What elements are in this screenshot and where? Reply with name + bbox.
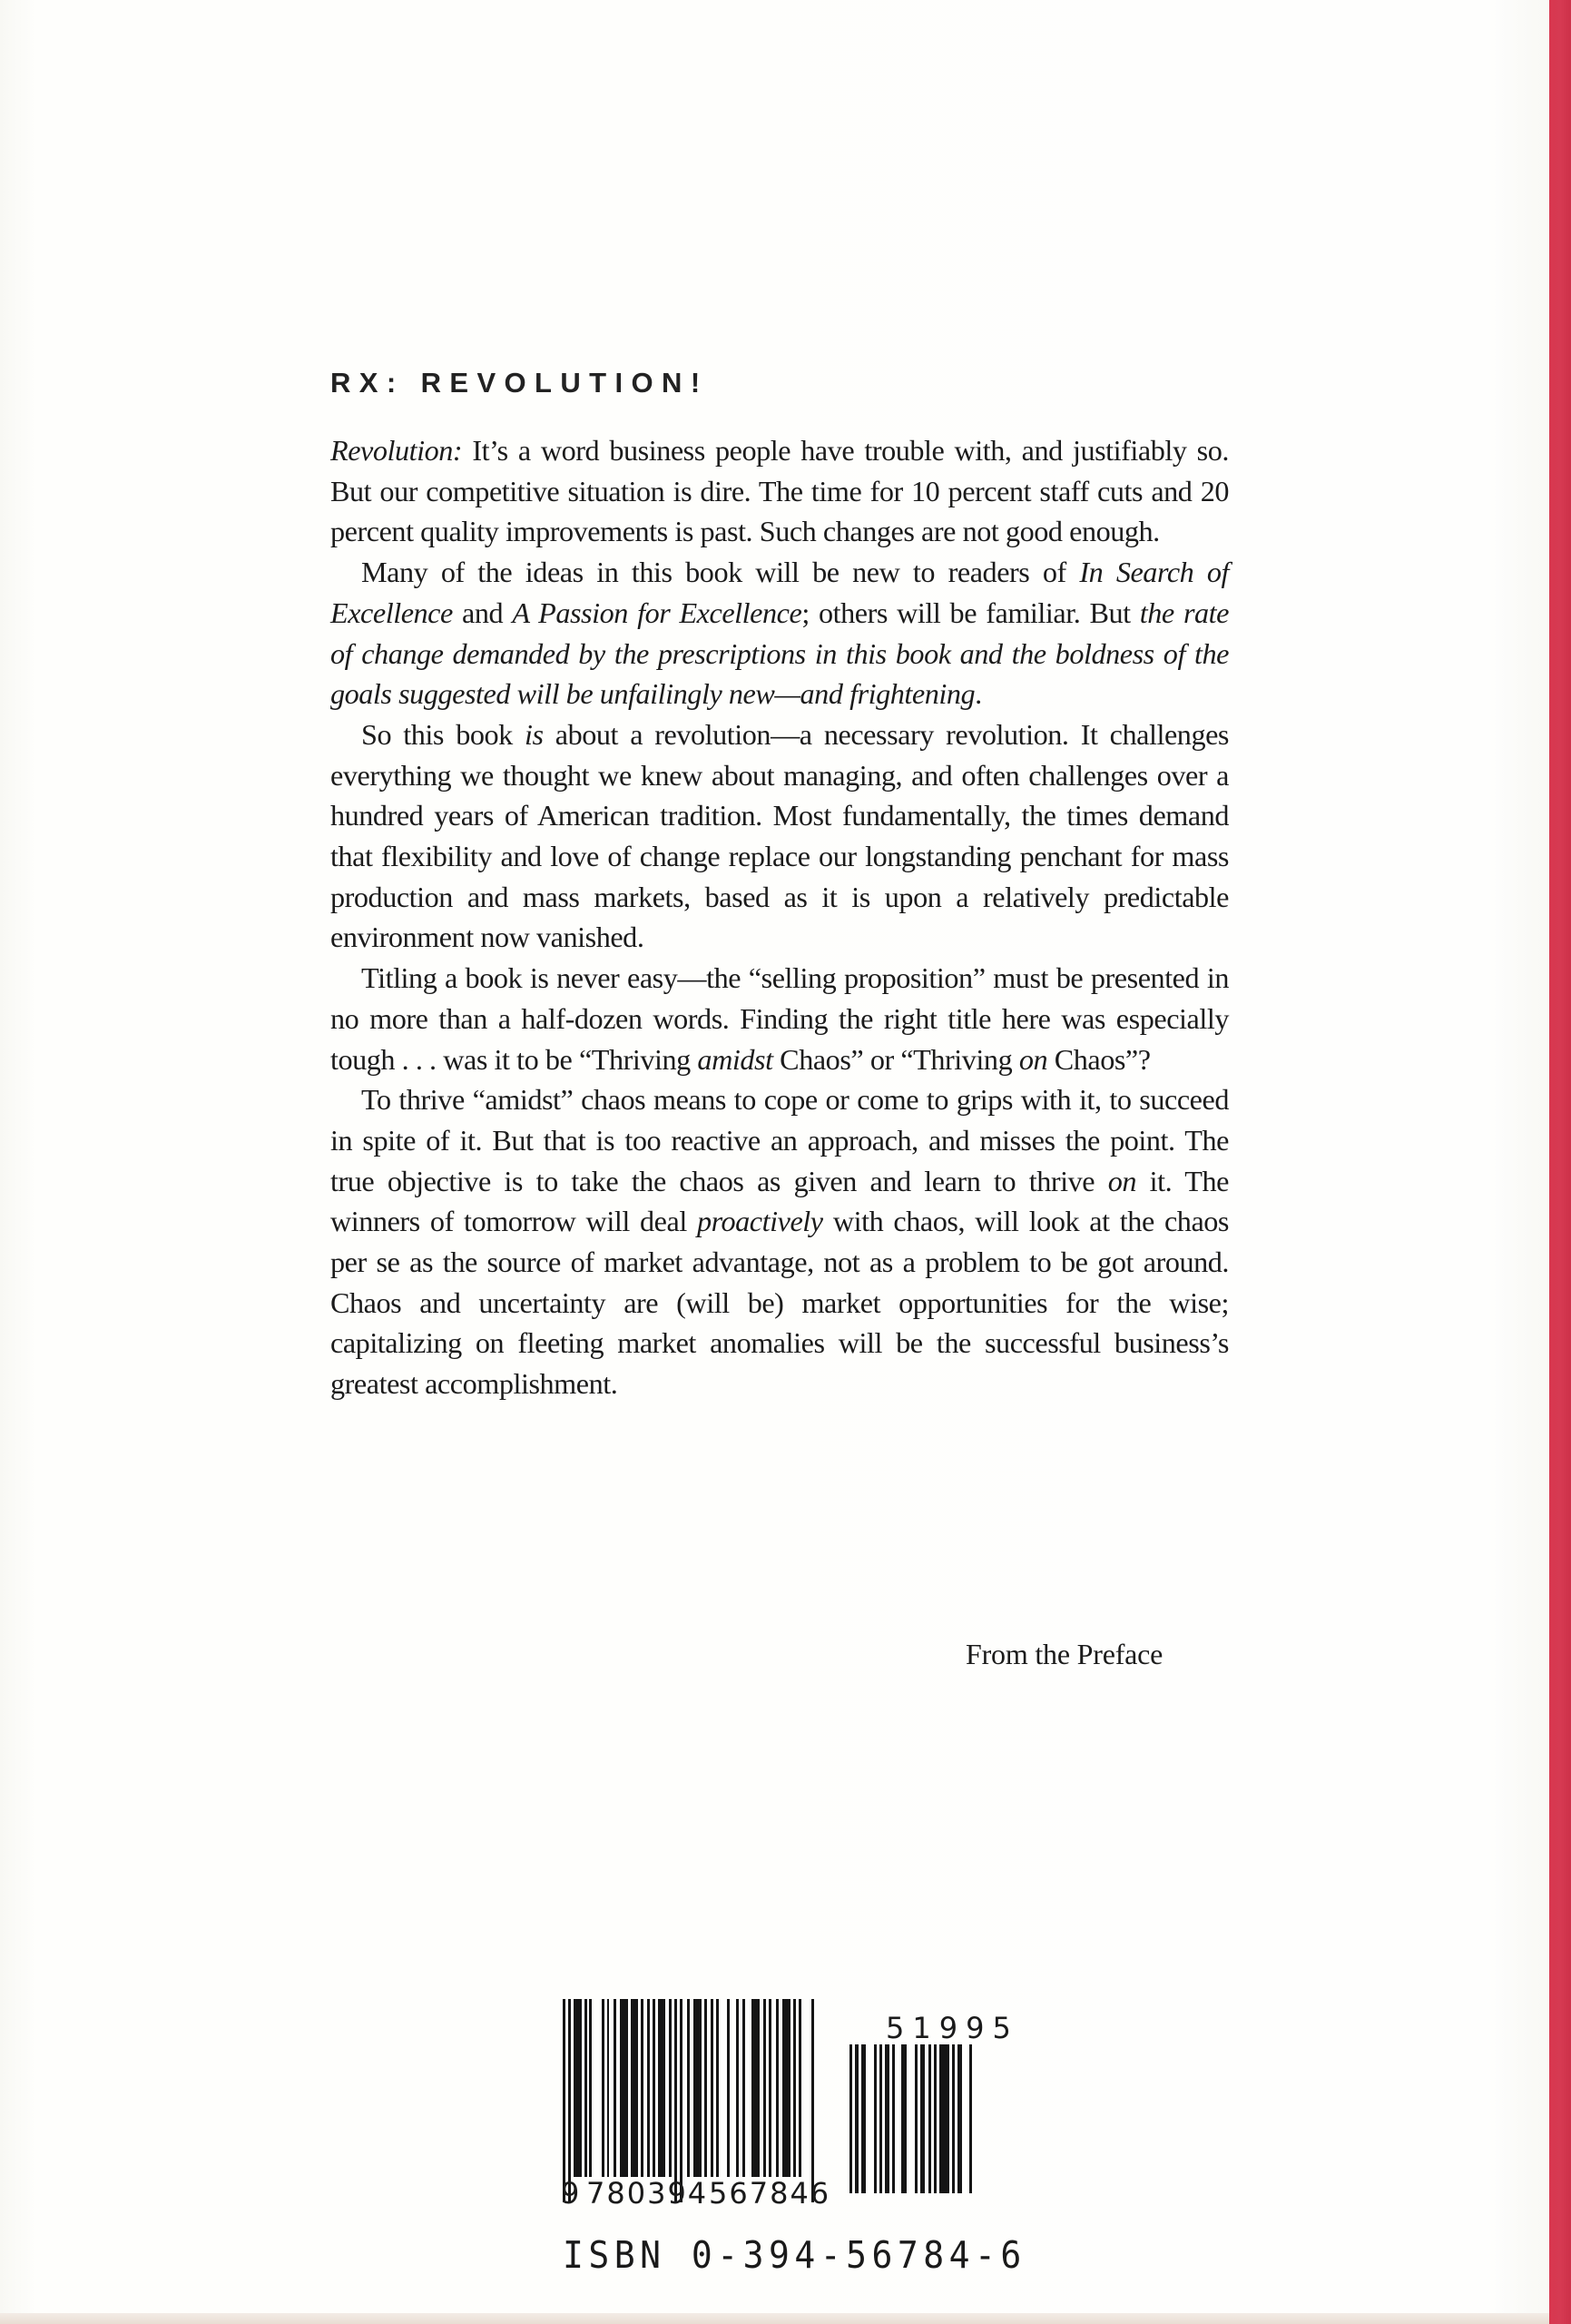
italic-text: on xyxy=(1019,1043,1047,1076)
italic-text: proactively xyxy=(697,1205,823,1237)
text-run: It’s a word business people have trouble… xyxy=(330,434,1229,547)
paragraph: Titling a book is never easy—the “sellin… xyxy=(330,958,1229,1079)
ean-right-digits: 567846 xyxy=(709,2179,830,2208)
italic-text: Revolution: xyxy=(330,434,462,467)
text-run: Many of the ideas in this book will be n… xyxy=(361,556,1079,588)
ean-bars xyxy=(563,1999,817,2202)
red-spine-edge xyxy=(1549,0,1571,2324)
italic-text: is xyxy=(525,718,544,751)
text-run: about a revolution—a necessary revolutio… xyxy=(330,718,1229,954)
text-run: ; others will be familiar. But xyxy=(801,596,1139,629)
text-run: To thrive “amidst” chaos means to cope o… xyxy=(330,1083,1229,1196)
italic-text: on xyxy=(1108,1165,1136,1197)
attribution: From the Preface xyxy=(966,1638,1163,1671)
paragraph: Revolution: It’s a word business people … xyxy=(330,430,1229,552)
paragraph: To thrive “amidst” chaos means to cope o… xyxy=(330,1079,1229,1404)
isbn-number: ISBN 0-394-56784-6 xyxy=(563,2233,1026,2277)
ean-lead-digit: 9 xyxy=(561,2179,581,2208)
text-run: So this book xyxy=(361,718,525,751)
preface-excerpt: Revolution: It’s a word business people … xyxy=(330,430,1229,1404)
paragraph: So this book is about a revolution—a nec… xyxy=(330,714,1229,958)
ean-left-digits: 780394 xyxy=(586,2179,708,2208)
italic-text: A Passion for Excellence xyxy=(512,596,801,629)
text-run: Chaos”? xyxy=(1047,1043,1151,1076)
paragraph: Many of the ideas in this book will be n… xyxy=(330,552,1229,714)
price-addon-barcode: 51995 xyxy=(849,2014,982,2195)
italic-text: amidst xyxy=(697,1043,772,1076)
text-run: . xyxy=(975,677,982,710)
price-addon-digits: 51995 xyxy=(886,2014,1019,2043)
text-run: Chaos” or “Thriving xyxy=(773,1043,1019,1076)
text-run: and xyxy=(453,596,512,629)
addon-bars xyxy=(849,2044,972,2193)
ean-barcode: 9 780394 567846 xyxy=(563,1999,826,2206)
cover-bottom-edge xyxy=(0,2313,1549,2324)
cover-heading: RX: REVOLUTION! xyxy=(330,367,709,399)
